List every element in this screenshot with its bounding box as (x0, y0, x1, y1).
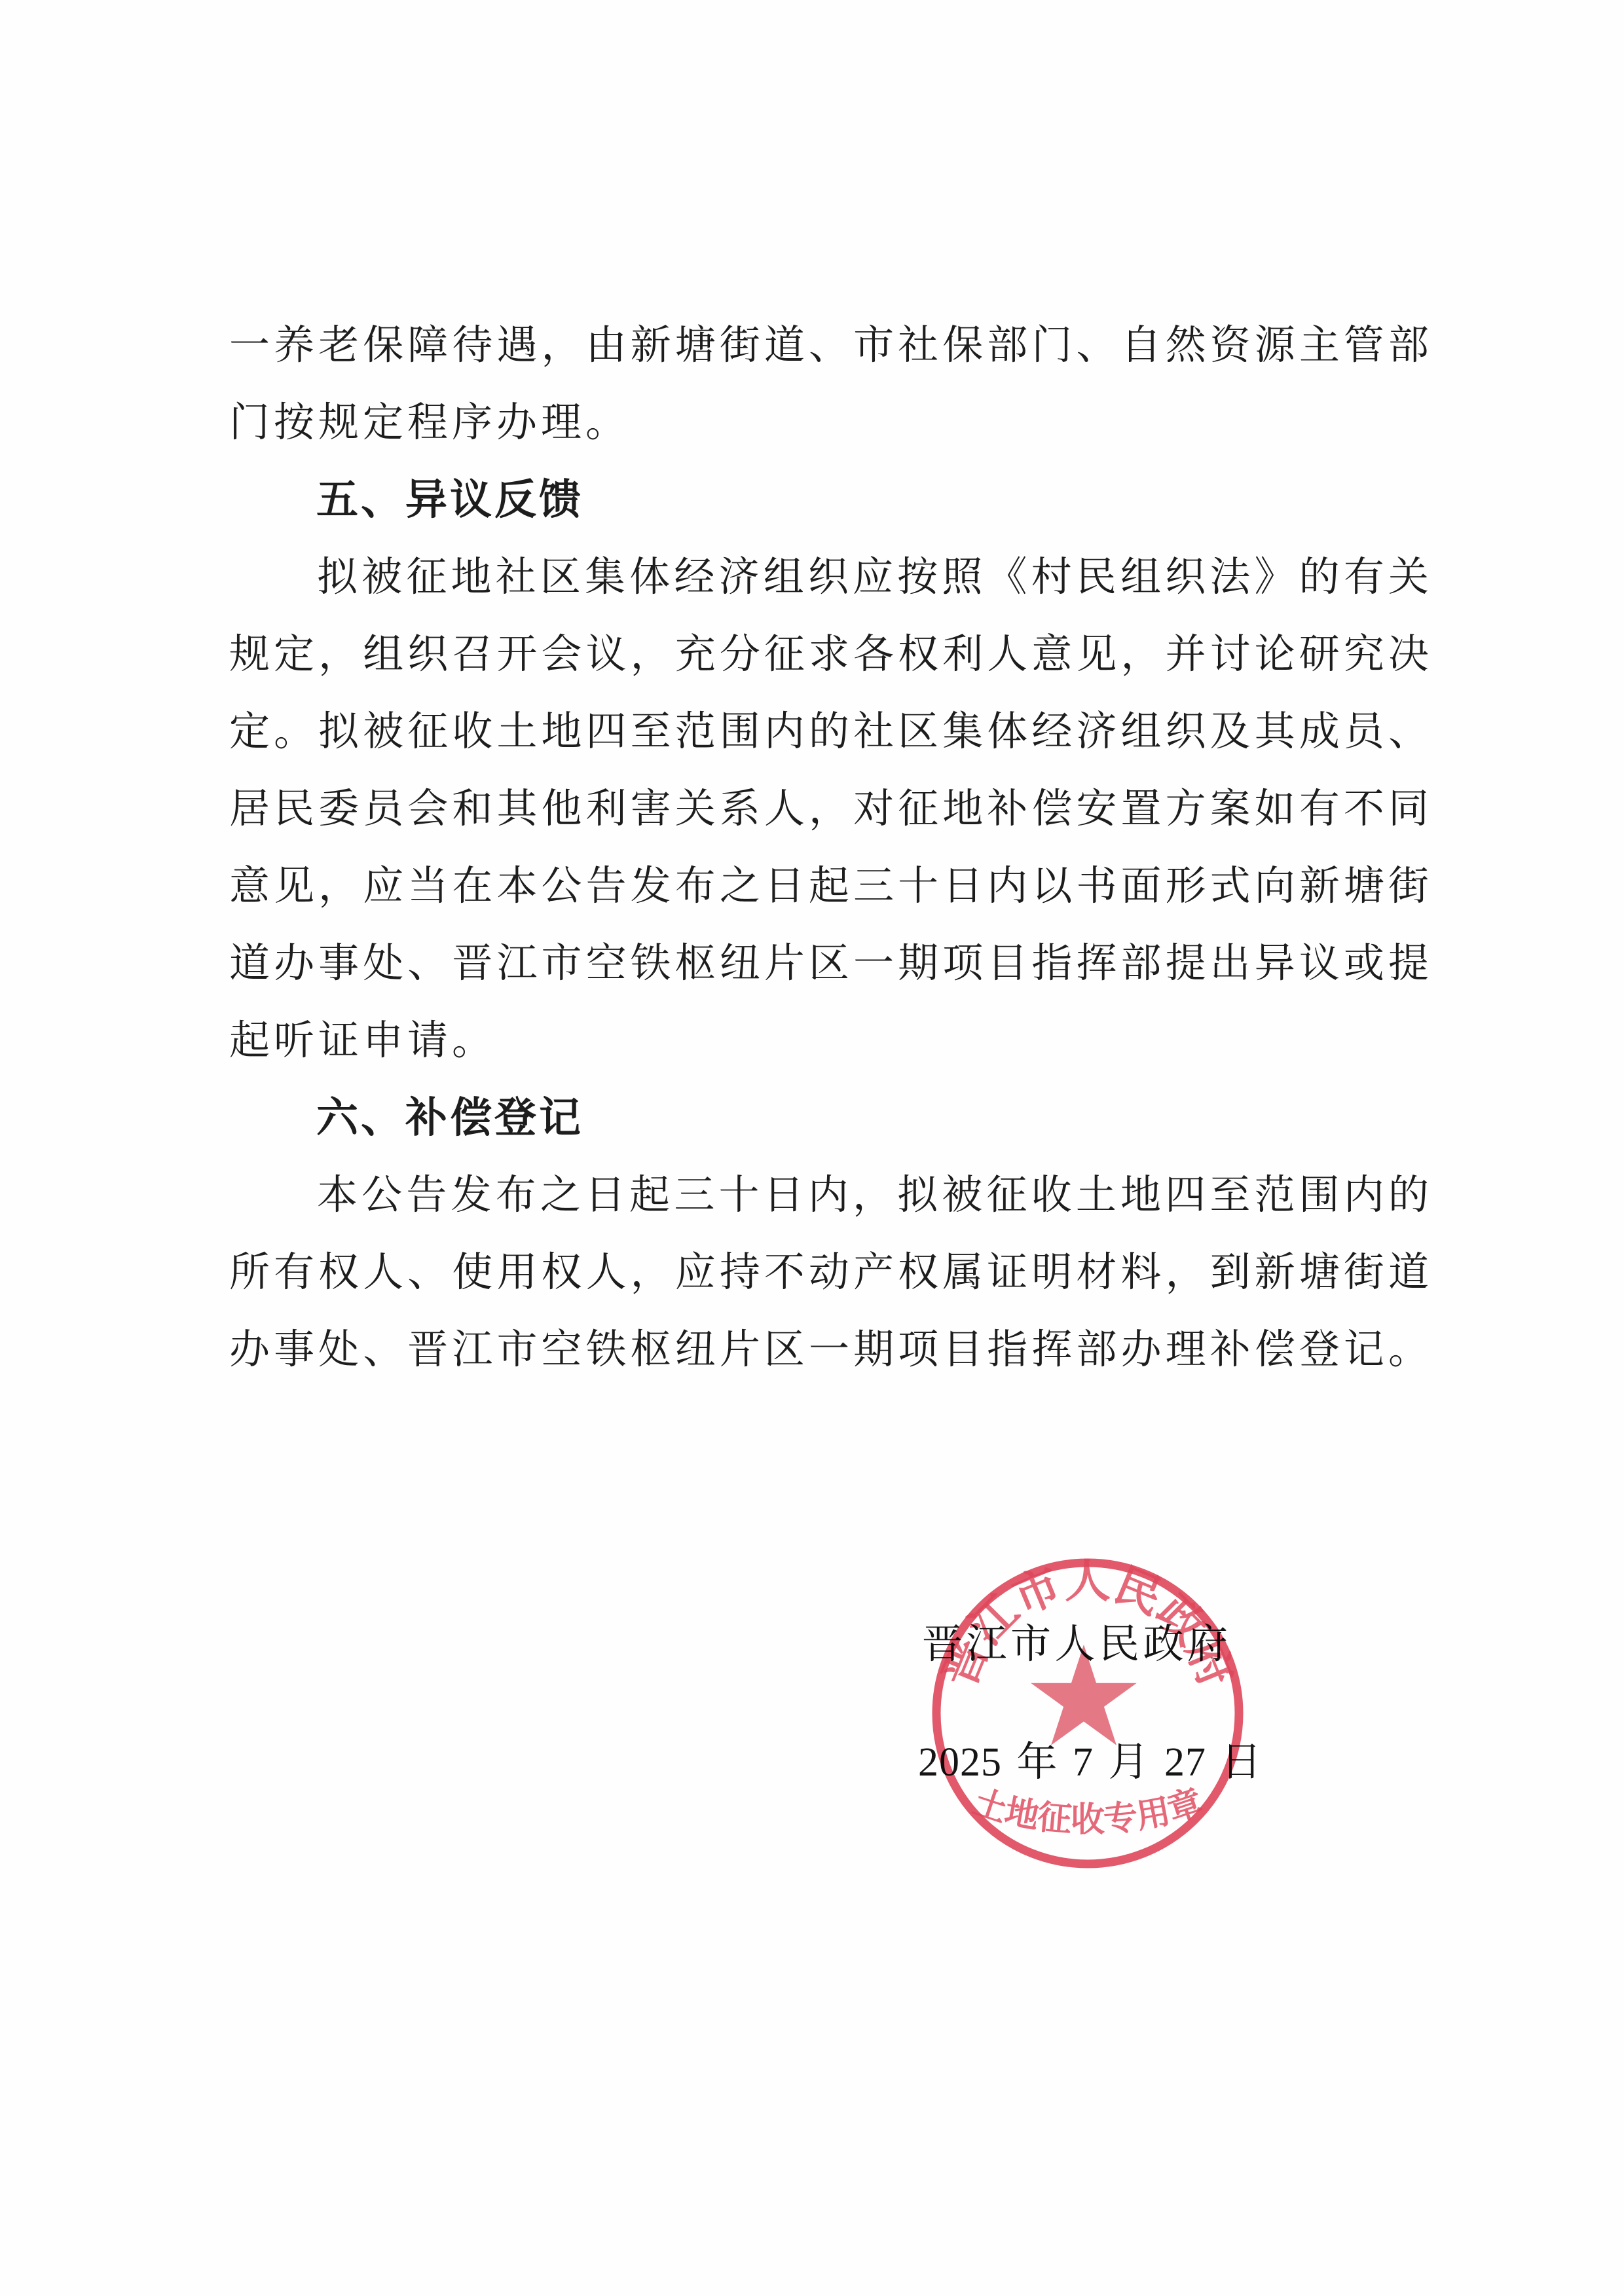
body-line: 道办事处、晋江市空铁枢纽片区一期项目指挥部提出异议或提 (229, 925, 1429, 1002)
body-line: 定。拟被征收土地四至范围内的社区集体经济组织及其成员、 (229, 693, 1429, 771)
body-line: 本公告发布之日起三十日内，拟被征收土地四至范围内的 (229, 1157, 1429, 1234)
document-body: 一养老保障待遇，由新塘街道、市社保部门、自然资源主管部 门按规定程序办理。 五、… (229, 307, 1429, 1389)
body-line: 所有权人、使用权人，应持不动产权属证明材料，到新塘街道 (229, 1234, 1429, 1311)
document-page: 一养老保障待遇，由新塘街道、市社保部门、自然资源主管部 门按规定程序办理。 五、… (0, 0, 1624, 2296)
body-line: 意见，应当在本公告发布之日起三十日内以书面形式向新塘街 (229, 848, 1429, 925)
body-line: 起听证申请。 (229, 1002, 1429, 1080)
body-line: 门按规定程序办理。 (229, 384, 1429, 462)
section-heading: 五、异议反馈 (229, 462, 1429, 539)
body-line: 居民委员会和其他利害关系人，对征地补偿安置方案如有不同 (229, 771, 1429, 848)
body-line: 拟被征地社区集体经济组织应按照《村民组织法》的有关 (229, 539, 1429, 616)
body-line: 一养老保障待遇，由新塘街道、市社保部门、自然资源主管部 (229, 307, 1429, 384)
seal-bottom-arc-text: 土地征收专用章 (968, 1783, 1207, 1839)
body-line: 规定，组织召开会议，充分征求各权利人意见，并讨论研究决 (229, 616, 1429, 693)
section-heading: 六、补偿登记 (229, 1080, 1429, 1157)
body-line: 办事处、晋江市空铁枢纽片区一期项目指挥部办理补偿登记。 (229, 1311, 1429, 1389)
official-seal: 晋江市人民政府 土地征收专用章 (917, 1530, 1258, 1897)
seal-star-icon (1031, 1645, 1137, 1745)
